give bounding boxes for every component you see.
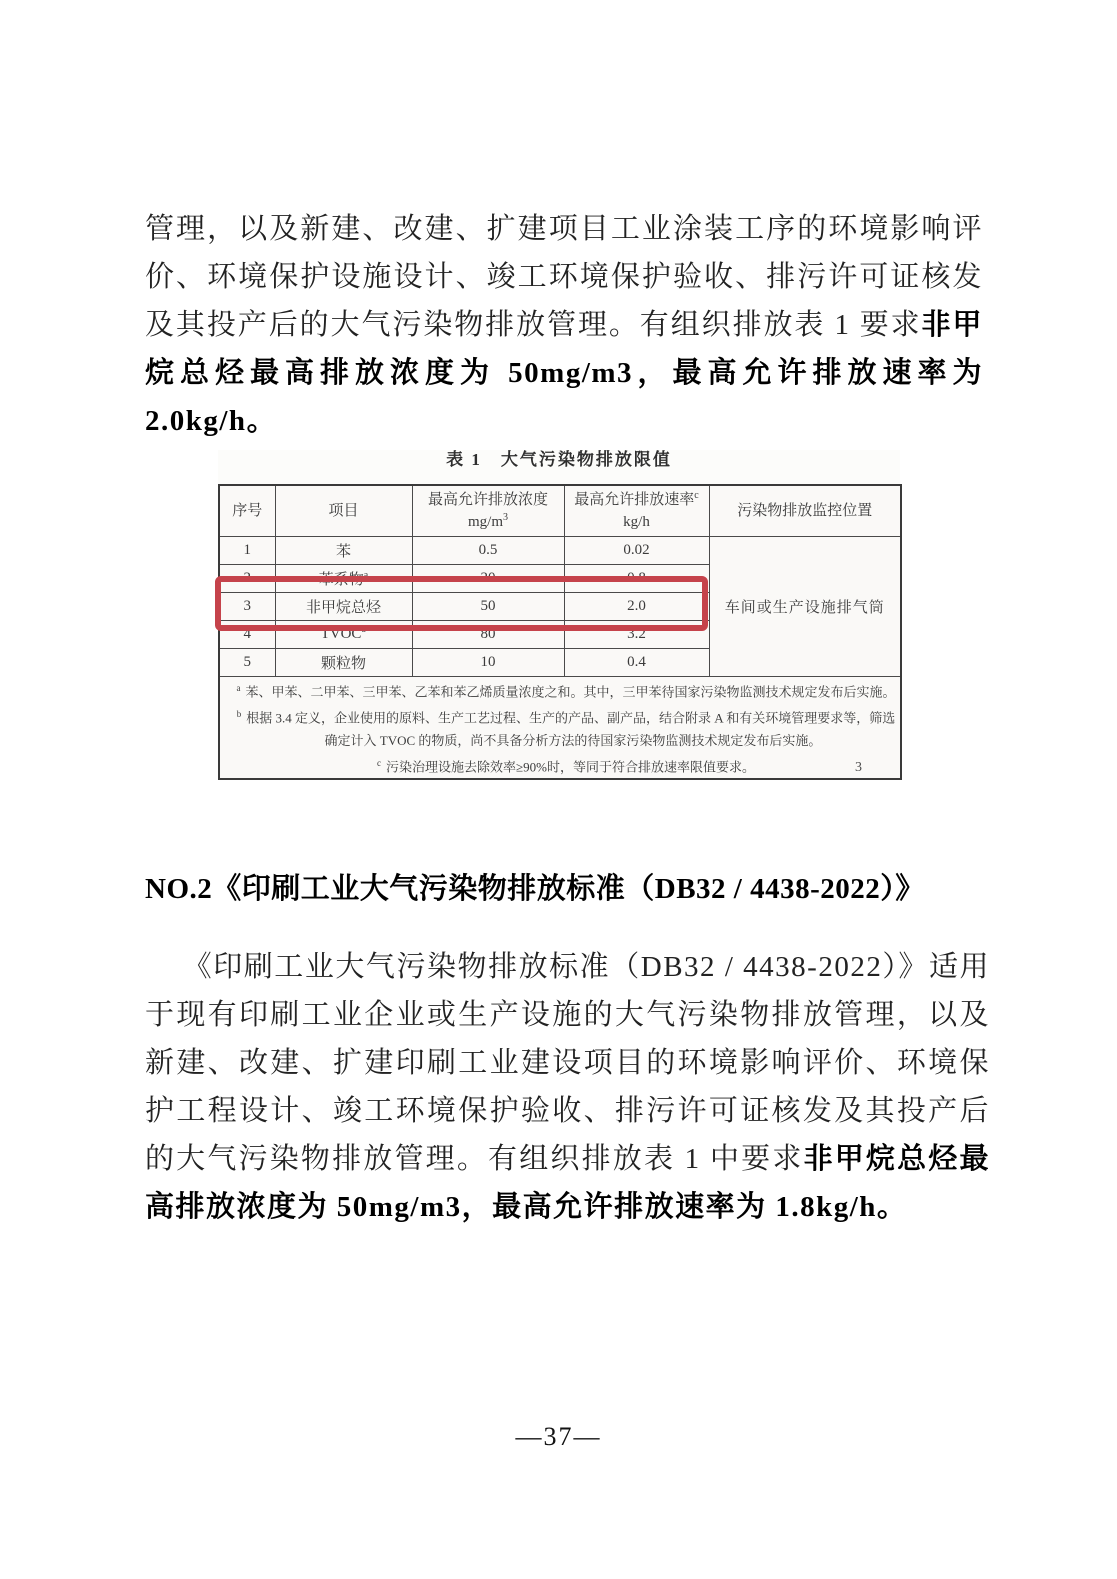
footnote-a: a苯、甲苯、二甲苯、三甲苯、乙苯和苯乙烯质量浓度之和。其中，三甲苯待国家污染物监… [222,677,898,703]
cell-concentration: 80 [412,621,564,649]
cell-no: 2 [219,565,275,593]
footnote-a-sup: a [236,683,240,693]
header-monitor-location: 污染物排放监控位置 [709,485,901,537]
cell-concentration: 20 [412,565,564,593]
emission-limits-table-block: 表 1 大气污染物排放限值 序号 项目 最高允许排放浓度 mg/m3 最高允许排… [218,450,900,780]
paragraph-1-normal-text: 管理，以及新建、改建、扩建项目工业涂装工序的环境影响评价、环境保护设施设计、竣工… [145,213,983,341]
table-row-benzene: 1 苯 0.5 0.02 车间或生产设施排气筒 [219,537,901,565]
footnote-c: c污染治理设施去除效率≥90%时，等同于符合排放速率限值要求。 [222,752,898,778]
cell-rate: 0.8 [564,565,709,593]
paragraph-2-normal-text: 《印刷工业大气污染物排放标准（DB32 / 4438-2022）》适用于现有印刷… [145,951,990,1175]
scanned-page-marker: 3 [855,760,863,776]
section-heading-no2: NO.2《印刷工业大气污染物排放标准（DB32 / 4438-2022）》 [145,866,1005,907]
body-paragraph-1: 管理，以及新建、改建、扩建项目工业涂装工序的环境影响评价、环境保护设施设计、竣工… [145,205,983,445]
header-no: 序号 [219,485,275,537]
table-footnotes-row: a苯、甲苯、二甲苯、三甲苯、乙苯和苯乙烯质量浓度之和。其中，三甲苯待国家污染物监… [219,677,901,779]
cell-rate: 2.0 [564,593,709,621]
footnote-c-text: 污染治理设施去除效率≥90%时，等同于符合排放速率限值要求。 [386,759,755,774]
cell-no: 4 [219,621,275,649]
header-rate-label: 最高允许排放速率 [574,492,694,508]
cell-rate: 0.02 [564,537,709,565]
cell-item-sup: b [361,624,366,635]
cell-item-text: TVOC [321,626,362,642]
cell-no: 5 [219,649,275,677]
cell-rate: 3.2 [564,621,709,649]
cell-item: TVOCb [275,621,412,649]
cell-item-sup: a [364,570,368,581]
header-rate: 最高允许排放速率c kg/h [564,485,709,537]
footnote-c-sup: c [377,758,381,768]
cell-rate: 0.4 [564,649,709,677]
table-footnotes-cell: a苯、甲苯、二甲苯、三甲苯、乙苯和苯乙烯质量浓度之和。其中，三甲苯待国家污染物监… [219,677,901,779]
footnote-a-text: 苯、甲苯、二甲苯、三甲苯、乙苯和苯乙烯质量浓度之和。其中，三甲苯待国家污染物监测… [245,684,895,699]
cell-concentration: 10 [412,649,564,677]
header-concentration-unit: mg/m [468,514,503,530]
cell-item-text: 苯系物 [319,572,364,588]
header-rate-sup: c [694,490,698,501]
document-page: 管理，以及新建、改建、扩建项目工业涂装工序的环境影响评价、环境保护设施设计、竣工… [0,0,1117,1579]
header-concentration-label: 最高允许排放浓度 [428,492,548,508]
cell-item: 苯 [275,537,412,565]
table-title: 表 1 大气污染物排放限值 [218,450,900,470]
cell-item: 颗粒物 [275,649,412,677]
table-header-row: 序号 项目 最高允许排放浓度 mg/m3 最高允许排放速率c kg/h 污染物排… [219,485,901,537]
cell-item: 苯系物a [275,565,412,593]
cell-concentration: 50 [412,593,564,621]
cell-monitor-location: 车间或生产设施排气筒 [709,537,901,677]
footer-page-number: —37— [0,1422,1117,1452]
header-concentration-sup: 3 [503,512,508,523]
emission-limits-table: 序号 项目 最高允许排放浓度 mg/m3 最高允许排放速率c kg/h 污染物排… [218,484,902,780]
cell-item-text: 苯 [336,544,351,560]
body-paragraph-2: 《印刷工业大气污染物排放标准（DB32 / 4438-2022）》适用于现有印刷… [145,943,990,1231]
cell-no: 3 [219,593,275,621]
cell-no: 1 [219,537,275,565]
footnote-b-sup: b [237,709,242,719]
cell-concentration: 0.5 [412,537,564,565]
cell-item: 非甲烷总烃 [275,593,412,621]
header-concentration: 最高允许排放浓度 mg/m3 [412,485,564,537]
cell-item-text: 非甲烷总烃 [306,600,381,616]
footnote-b: b根据 3.4 定义，企业使用的原料、生产工艺过程、生产的产品、副产品，结合附录… [222,703,898,751]
header-rate-unit: kg/h [623,514,650,530]
header-item: 项目 [275,485,412,537]
cell-item-text: 颗粒物 [321,656,366,672]
footnote-b-text: 根据 3.4 定义，企业使用的原料、生产工艺过程、生产的产品、副产品，结合附录 … [246,711,895,748]
